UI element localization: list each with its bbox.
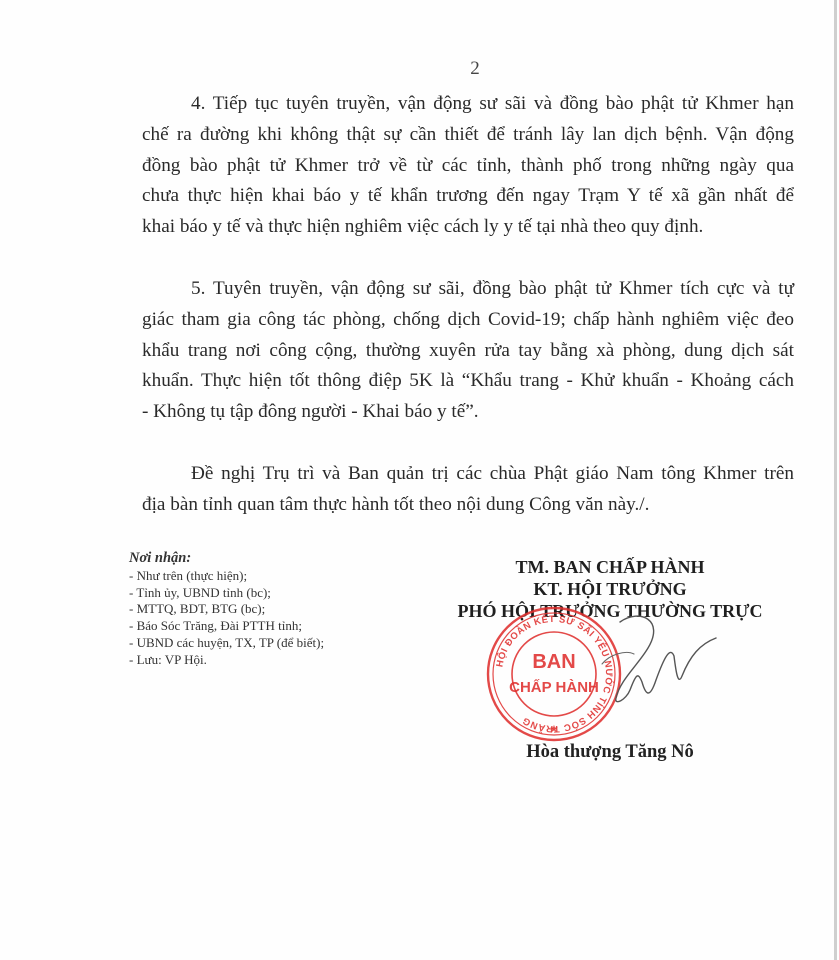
handwritten-signature-icon bbox=[590, 610, 720, 710]
paragraph-line: - Không tụ tập đông người - Khai báo y t… bbox=[142, 397, 794, 428]
recipient-item: - UBND các huyện, TX, TP (để biết); bbox=[129, 635, 324, 652]
paragraph-4: 4. Tiếp tục tuyên truyền, vận động sư sã… bbox=[142, 89, 794, 243]
page-edge-border bbox=[834, 0, 837, 960]
paragraph-line: chưa thực hiện khai báo y tế khẩn trương… bbox=[142, 181, 794, 212]
recipient-item: - Lưu: VP Hội. bbox=[129, 652, 324, 669]
paragraph-line: giác tham gia công tác phòng, chống dịch… bbox=[142, 305, 794, 336]
paragraph-line: 5. Tuyên truyền, vận động sư sãi, đồng b… bbox=[142, 274, 794, 305]
paragraph-line: đồng bào phật tử Khmer trở về từ các tỉn… bbox=[142, 151, 794, 182]
page-number: 2 bbox=[0, 58, 839, 80]
paragraph-line: khẩu trang nơi công cộng, thường xuyên r… bbox=[142, 336, 794, 367]
paragraph-line: chế ra đường khi không thật sự cần thiết… bbox=[142, 120, 794, 151]
paragraph-line: Đề nghị Trụ trì và Ban quản trị các chùa… bbox=[142, 459, 794, 490]
closing-paragraph: Đề nghị Trụ trì và Ban quản trị các chùa… bbox=[142, 459, 794, 521]
paragraph-line: địa bàn tỉnh quan tâm thực hành tốt theo… bbox=[142, 490, 794, 521]
svg-text:★: ★ bbox=[550, 724, 559, 735]
signature-title-line: KT. HỘI TRƯỞNG bbox=[420, 578, 800, 600]
recipient-item: - MTTQ, BDT, BTG (bc); bbox=[129, 601, 324, 618]
recipient-item: - Báo Sóc Trăng, Đài PTTH tỉnh; bbox=[129, 618, 324, 635]
paragraph-line: 4. Tiếp tục tuyên truyền, vận động sư sã… bbox=[142, 89, 794, 120]
paragraph-line: khuẩn. Thực hiện tốt thông điệp 5K là “K… bbox=[142, 366, 794, 397]
signature-title-line: TM. BAN CHẤP HÀNH bbox=[420, 556, 800, 578]
recipient-item: - Như trên (thực hiện); bbox=[129, 568, 324, 585]
paragraph-line: khai báo y tế và thực hiện nghiêm việc c… bbox=[142, 212, 794, 243]
recipients-list: Nơi nhận: - Như trên (thực hiện); - Tỉnh… bbox=[129, 550, 324, 669]
recipients-heading: Nơi nhận: bbox=[129, 550, 324, 567]
signer-name: Hòa thượng Tăng Nô bbox=[480, 742, 740, 763]
stamp-center-line-2: CHẤP HÀNH bbox=[509, 679, 599, 696]
recipient-item: - Tỉnh ủy, UBND tỉnh (bc); bbox=[129, 585, 324, 602]
paragraph-5: 5. Tuyên truyền, vận động sư sãi, đồng b… bbox=[142, 274, 794, 428]
stamp-center-line-1: BAN bbox=[532, 651, 575, 673]
